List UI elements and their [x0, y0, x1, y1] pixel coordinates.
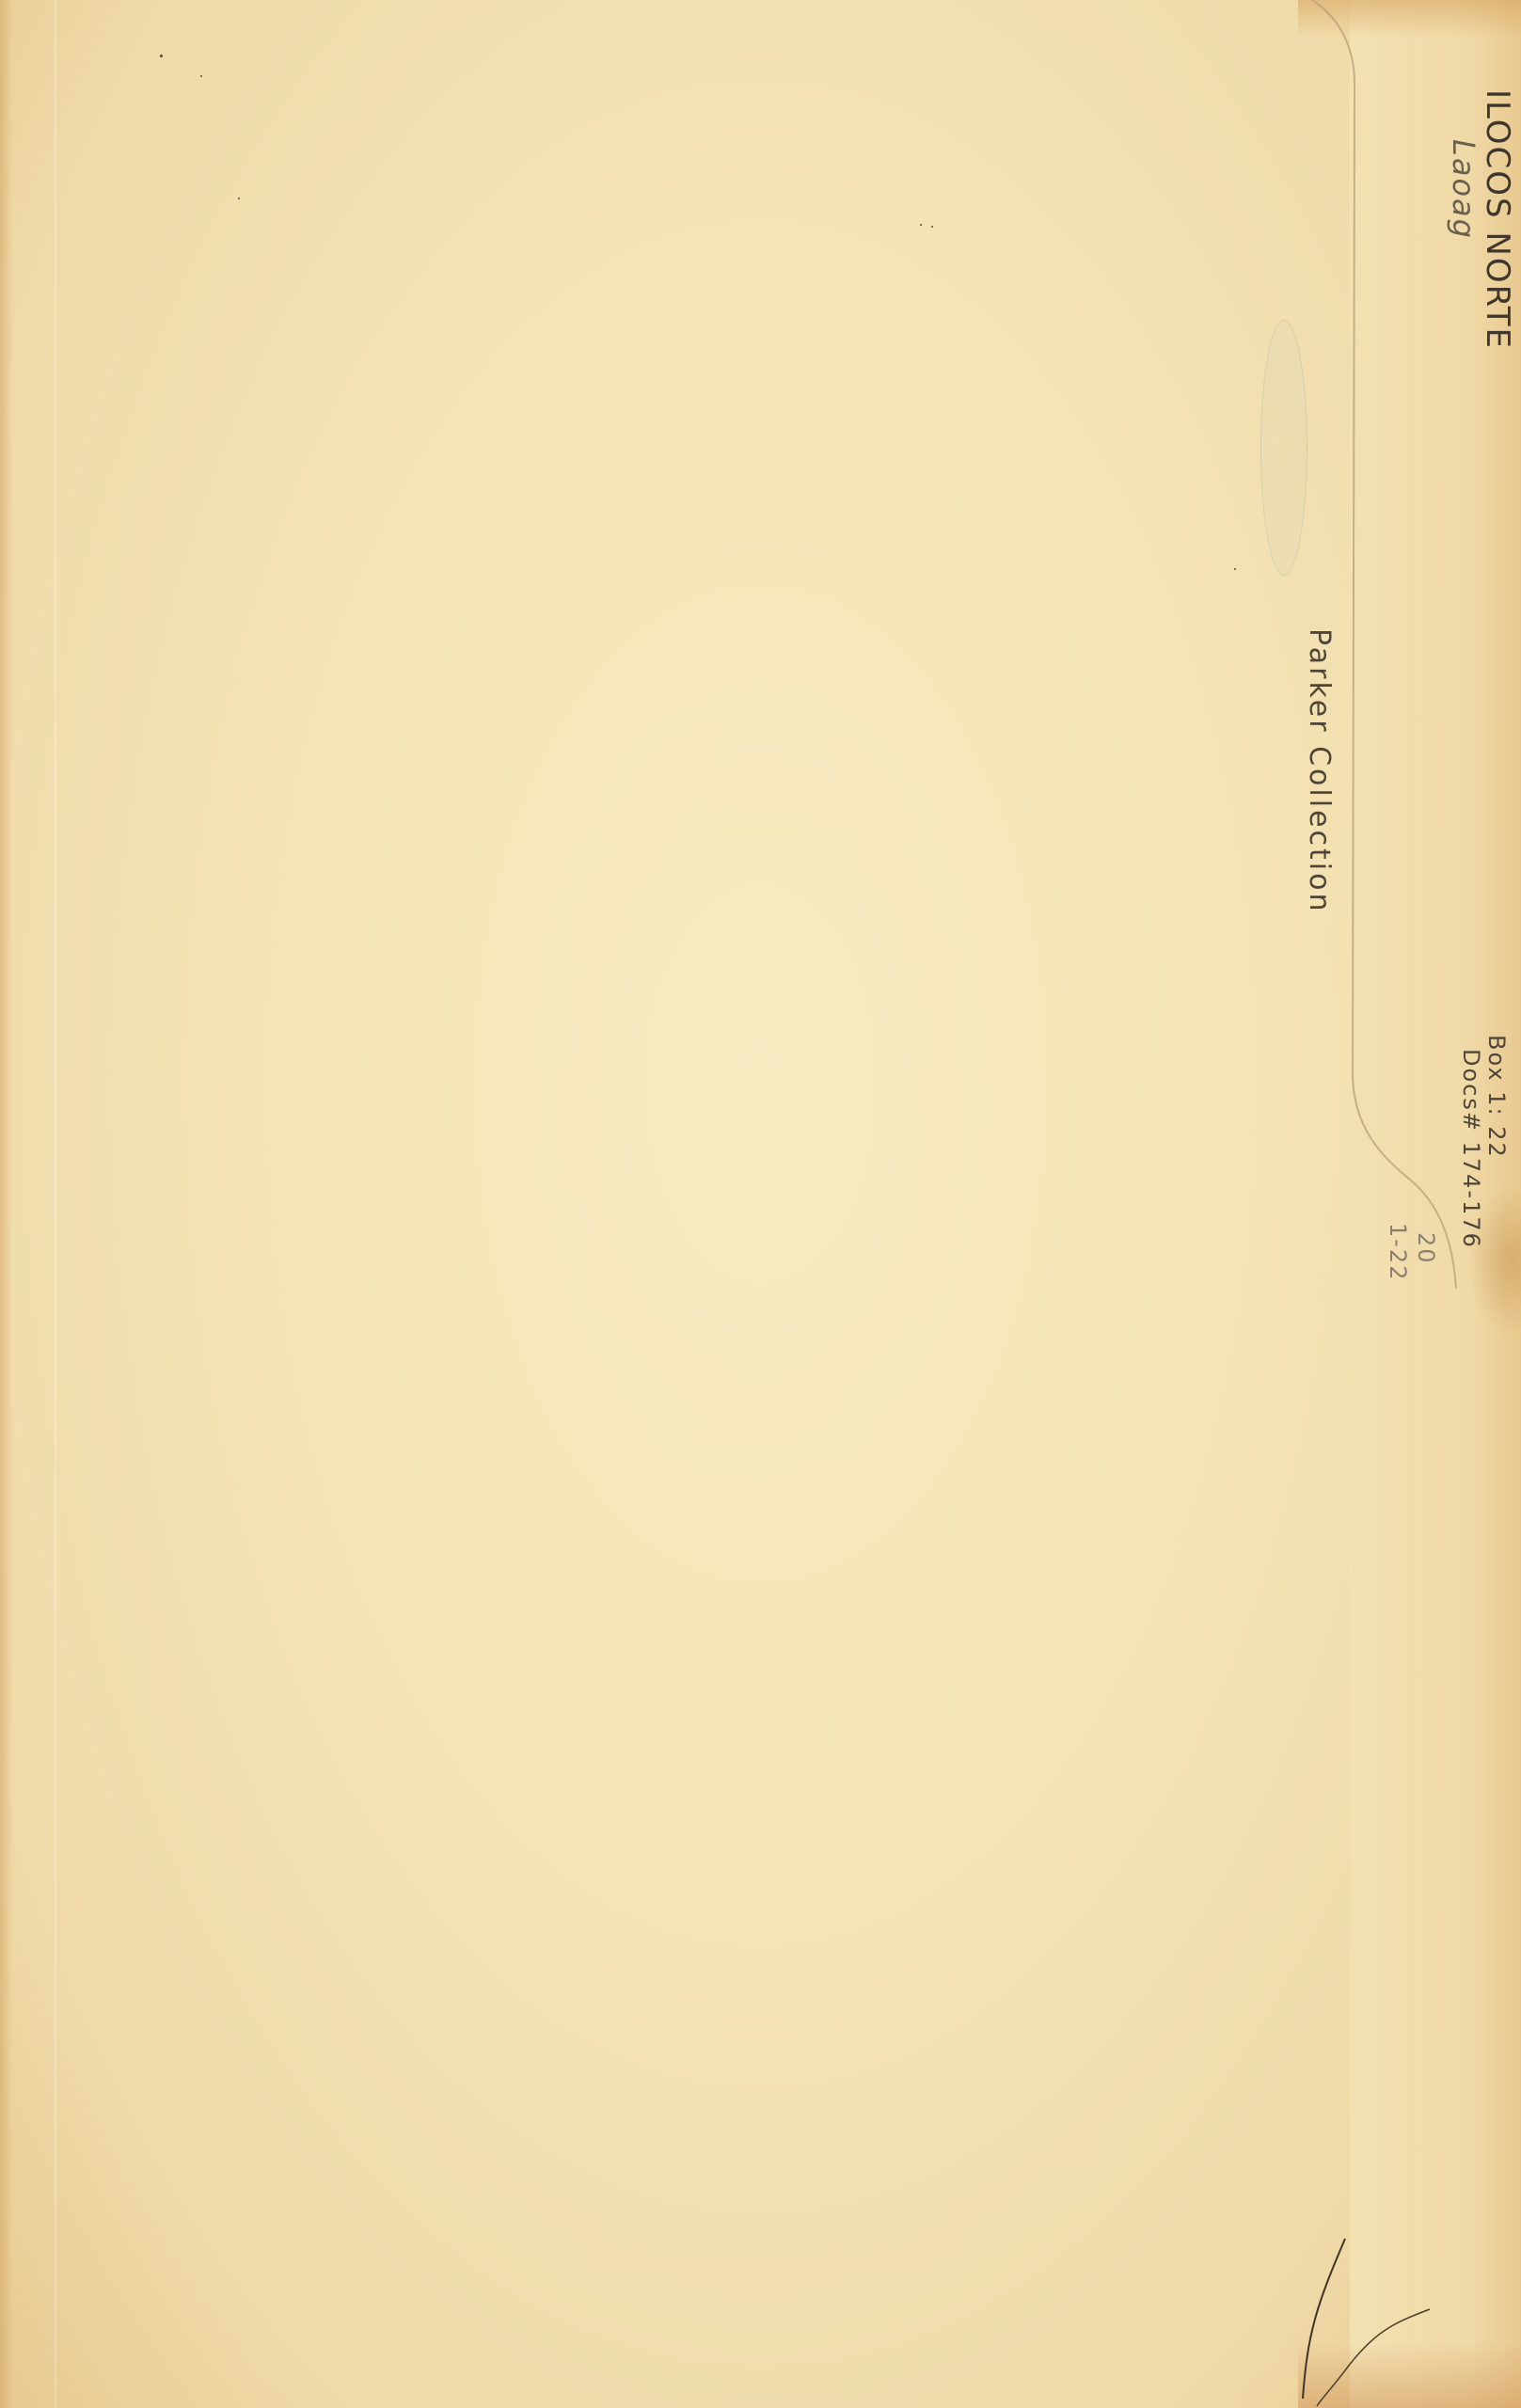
speck: [1234, 568, 1236, 570]
speck: [200, 75, 202, 77]
note-range: 1-22: [1385, 1223, 1411, 1281]
box-number: Box 1: 22: [1483, 1035, 1510, 1159]
erased-mark: [1260, 320, 1307, 576]
fold-line: [55, 0, 56, 2408]
province-label: ILOCOS NORTE: [1479, 89, 1516, 350]
top-stain: [1298, 0, 1521, 38]
bottom-stain: [1298, 2342, 1521, 2408]
speck: [920, 224, 922, 226]
note-number: 20: [1413, 1232, 1439, 1265]
speck: [238, 198, 240, 199]
town-label: Laoag: [1446, 139, 1481, 240]
collection-label: Parker Collection: [1303, 628, 1336, 913]
left-edge-shadow: [0, 0, 13, 2408]
speck: [931, 226, 933, 228]
document-numbers: Docs# 174-176: [1458, 1049, 1484, 1249]
folder-back: ILOCOS NORTE Laoag Parker Collection Box…: [0, 0, 1521, 2408]
speck: [160, 55, 163, 57]
